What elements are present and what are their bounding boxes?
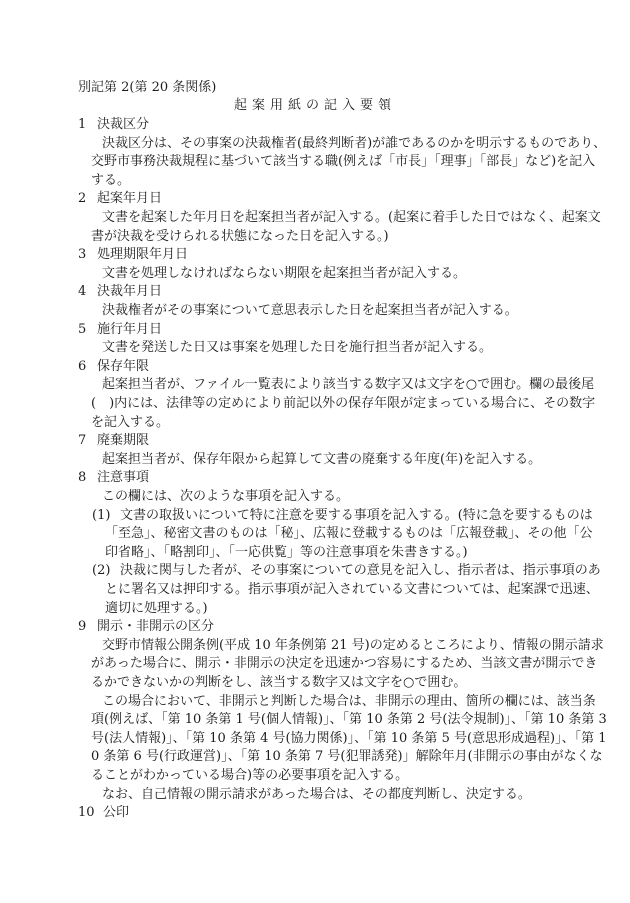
section-number: 1 xyxy=(78,116,86,135)
section-number: 8 xyxy=(78,469,86,488)
list-item-line: 印省略」、「略割印」、「一応供覧」等の注意事項を朱書きする。) xyxy=(105,544,468,563)
section-heading-3: 3 処理期限年月日 xyxy=(0,246,630,265)
paragraph-line: 文書を起案した年月日を起案担当者が記入する。(起案に着手した日ではなく、起案文 xyxy=(102,209,601,228)
paragraph-line: 項(例えば、「第 10 条第 1 号(個人情報)」、「第 10 条第 2 号(法… xyxy=(91,711,607,730)
section-heading: 処理期限年月日 xyxy=(97,246,188,265)
list-marker: (1) xyxy=(92,507,110,526)
list-item-1: (1) 文書の取扱いについて特に注意を要する事項を記入する。(特に急を要するもの… xyxy=(0,507,630,526)
section-heading: 廃棄期限 xyxy=(97,432,149,451)
section-heading-4: 4 決裁年月日 xyxy=(0,283,630,302)
paragraph-line: を記入する。 xyxy=(91,414,169,433)
paragraph-line: ( )内には、法律等の定めにより前記以外の保存年限が定まっている場合に、その数字 xyxy=(91,395,595,414)
paragraph-line: るかできないかの判断をし、該当する数字又は文字を○で囲む。 xyxy=(91,674,466,693)
section-heading: 決裁年月日 xyxy=(97,283,162,302)
section-number: 7 xyxy=(78,432,86,451)
document-page: 別記第 2(第 20 条関係) 起案用紙の記入要領 1 決裁区分 決裁区分は、そ… xyxy=(0,0,630,903)
paragraph-line: 号(法人情報)」、「第 10 条第 4 号(協力関係)」、「第 10 条第 5 … xyxy=(91,730,607,749)
section-heading-10: 10 公印 xyxy=(0,804,630,823)
paragraph-line: 交野市情報公開条例(平成 10 年条例第 21 号)の定めるところにより、情報の… xyxy=(102,637,604,656)
section-heading: 保存年限 xyxy=(97,358,149,377)
section-heading: 開示・非開示の区分 xyxy=(97,618,214,637)
section-number: 9 xyxy=(78,618,86,637)
paragraph-line: 起案担当者が、ファイル一覧表により該当する数字又は文字を○で囲む。欄の最後尾 xyxy=(102,376,594,395)
section-heading-2: 2 起案年月日 xyxy=(0,190,630,209)
section-heading-5: 5 施行年月日 xyxy=(0,321,630,340)
section-heading-8: 8 注意事項 xyxy=(0,469,630,488)
section-number: 6 xyxy=(78,358,86,377)
paragraph-line: この欄には、次のような事項を記入する。 xyxy=(102,488,349,507)
list-marker: (2) xyxy=(92,562,110,581)
paragraph-line: があった場合に、開示・非開示の決定を迅速かつ容易にするため、当該文書が開示でき xyxy=(91,655,597,674)
document-title: 起案用紙の記入要領 xyxy=(0,97,630,116)
section-heading-6: 6 保存年限 xyxy=(0,358,630,377)
list-item-line: とに署名又は押印する。指示事項が記入されている文書については、起案課で迅速、 xyxy=(105,581,599,600)
list-item-line: 適切に処理する。) xyxy=(105,600,208,619)
paragraph-line: 起案担当者が、保存年限から起算して文書の廃棄する年度(年)を記入する。 xyxy=(102,451,541,470)
section-heading: 起案年月日 xyxy=(97,190,162,209)
paragraph-line: 文書を発送した日又は事案を処理した日を施行担当者が記入する。 xyxy=(102,339,492,358)
list-item-line: 文書の取扱いについて特に注意を要する事項を記入する。(特に急を要するものは xyxy=(120,507,593,526)
paragraph-line: この場合において、非開示と判断した場合は、非開示の理由、箇所の欄には、該当条 xyxy=(102,693,596,712)
section-heading-7: 7 廃棄期限 xyxy=(0,432,630,451)
section-number: 10 xyxy=(78,804,95,823)
section-heading: 注意事項 xyxy=(97,469,149,488)
section-heading-9: 9 開示・非開示の区分 xyxy=(0,618,630,637)
section-number: 4 xyxy=(78,283,86,302)
list-item-line: 決裁に関与した者が、その事案についての意見を記入し、指示者は、指示事項のあ xyxy=(120,562,601,581)
list-item-line: 「至急」、秘密文書のものは「秘」、広報に登載するものは「広報登載」、その他「公 xyxy=(105,525,593,544)
paragraph-line: ることがわかっている場合)等の必要事項を記入する。 xyxy=(91,767,408,786)
paragraph-line: 0 条第 6 号(行政運営)」、「第 10 条第 7 号(犯罪誘発)」解除年月(… xyxy=(91,748,603,767)
document-reference: 別記第 2(第 20 条関係) xyxy=(78,79,216,98)
paragraph-line: なお、自己情報の開示請求があった場合は、その都度判断し、決定する。 xyxy=(102,786,531,805)
section-heading: 決裁区分 xyxy=(97,116,149,135)
paragraph-line: 決裁権者がその事案について意思表示した日を起案担当者が記入する。 xyxy=(102,302,518,321)
paragraph-line: 書が決裁を受けられる状態になった日を記入する。) xyxy=(91,228,389,247)
paragraph-line: 交野市事務決裁規程に基づいて該当する職(例えば「市長」「理事」「部長」など)を記… xyxy=(91,153,595,172)
list-item-2: (2) 決裁に関与した者が、その事案についての意見を記入し、指示者は、指示事項の… xyxy=(0,562,630,581)
paragraph-line: 文書を処理しなければならない期限を起案担当者が記入する。 xyxy=(102,265,466,284)
paragraph-line: する。 xyxy=(91,172,130,191)
section-heading: 施行年月日 xyxy=(97,321,162,340)
section-heading: 公印 xyxy=(103,804,129,823)
section-number: 5 xyxy=(78,321,86,340)
section-heading-1: 1 決裁区分 xyxy=(0,116,630,135)
section-number: 2 xyxy=(78,190,86,209)
paragraph-line: 決裁区分は、その事案の決裁権者(最終判断者)が誰であるのかを明示するものであり、 xyxy=(102,135,606,154)
section-number: 3 xyxy=(78,246,86,265)
